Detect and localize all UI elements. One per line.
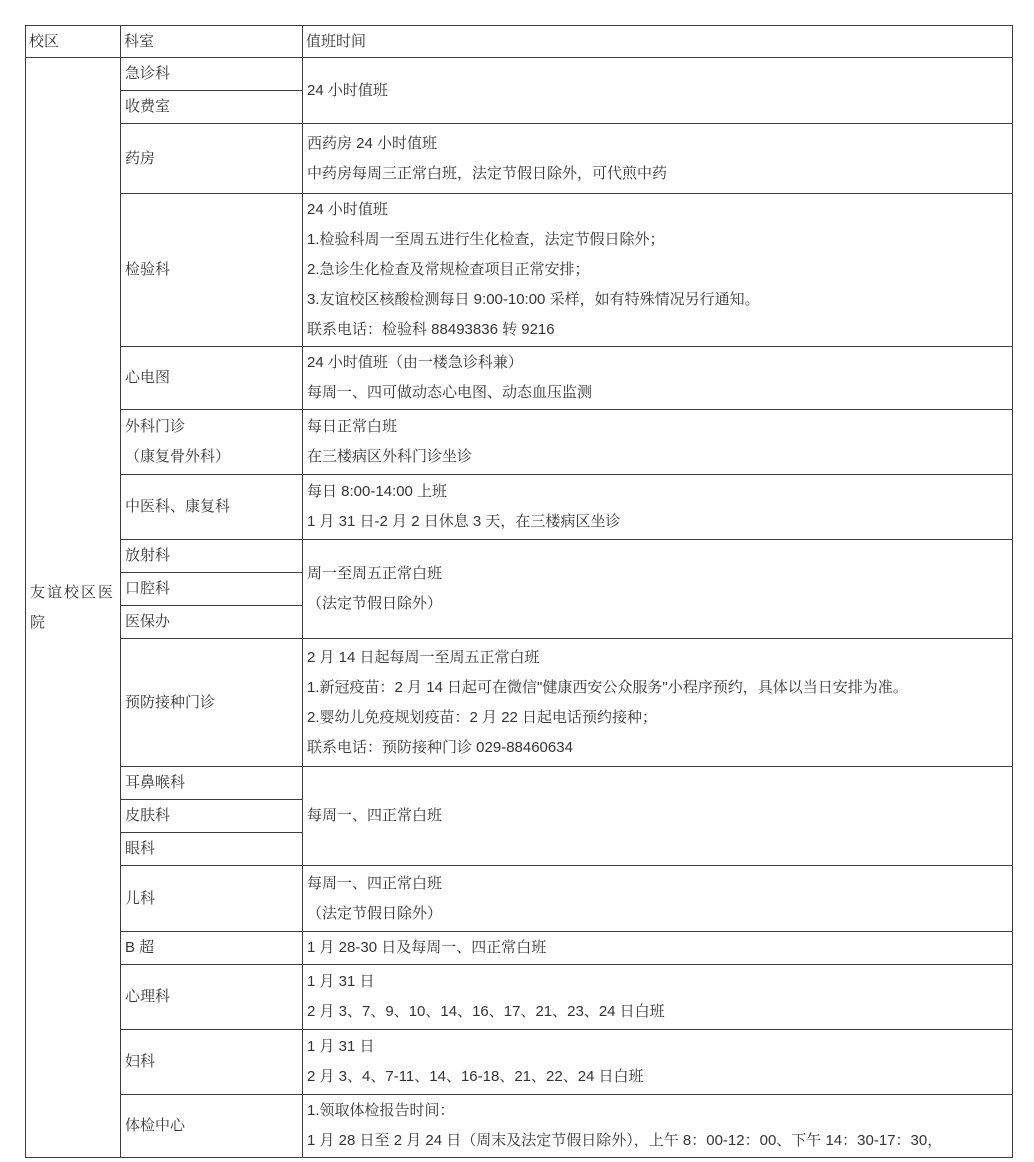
department-label: 急诊科: [125, 59, 298, 89]
duty-time-cell: 每日正常白班在三楼病区外科门诊坐诊: [303, 410, 1013, 475]
duty-time-line: 周一至周五正常白班: [307, 559, 1008, 589]
department-label: 药房: [125, 144, 298, 174]
duty-time-cell: 1 月 31 日2 月 3、4、7-11、14、16-18、21、22、24 日…: [303, 1030, 1013, 1095]
department-cell: 放射科: [121, 540, 303, 573]
table-row: 体检中心1.领取体检报告时间：1 月 28 日至 2 月 24 日（周末及法定节…: [26, 1095, 1013, 1158]
duty-time-line: 1.新冠疫苗：2 月 14 日起可在微信"健康西安公众服务"小程序预约，具体以当…: [307, 673, 1008, 703]
department-cell: 医保办: [121, 606, 303, 639]
department-label: B 超: [125, 933, 298, 963]
department-cell: 预防接种门诊: [121, 639, 303, 767]
department-label: 眼科: [125, 834, 298, 864]
duty-time-cell: 24 小时值班（由一楼急诊科兼）每周一、四可做动态心电图、动态血压监测: [303, 347, 1013, 410]
department-cell: 外科门诊（康复骨外科）: [121, 410, 303, 475]
table-row: 预防接种门诊2 月 14 日起每周一至周五正常白班1.新冠疫苗：2 月 14 日…: [26, 639, 1013, 767]
duty-time-line: 2 月 3、7、9、10、14、16、17、21、23、24 日白班: [307, 997, 1008, 1027]
table-row: B 超1 月 28-30 日及每周一、四正常白班: [26, 932, 1013, 965]
duty-time-cell: 每周一、四正常白班: [303, 767, 1013, 866]
table-row: 心理科1 月 31 日2 月 3、7、9、10、14、16、17、21、23、2…: [26, 965, 1013, 1030]
duty-time-cell: 1.领取体检报告时间：1 月 28 日至 2 月 24 日（周末及法定节假日除外…: [303, 1095, 1013, 1158]
department-label: 预防接种门诊: [125, 688, 298, 718]
header-department: 科室: [121, 26, 303, 58]
table-row: 儿科每周一、四正常白班（法定节假日除外）: [26, 866, 1013, 932]
department-cell: 皮肤科: [121, 800, 303, 833]
department-label: 体检中心: [125, 1111, 298, 1141]
department-label: 外科门诊: [125, 412, 298, 442]
duty-time-line: 中药房每周三正常白班，法定节假日除外，可代煎中药: [307, 159, 1008, 189]
duty-time-line: （法定节假日除外）: [307, 899, 1008, 929]
department-cell: 急诊科: [121, 58, 303, 91]
schedule-table-body: 友谊校区医院急诊科24 小时值班收费室药房西药房 24 小时值班中药房每周三正常…: [26, 58, 1013, 1158]
department-cell: 妇科: [121, 1030, 303, 1095]
department-label: 检验科: [125, 255, 298, 285]
department-label: 放射科: [125, 541, 298, 571]
duty-time-cell: 1 月 28-30 日及每周一、四正常白班: [303, 932, 1013, 965]
duty-time-line: 每日正常白班: [307, 412, 1008, 442]
duty-time-cell: 每日 8:00-14:00 上班1 月 31 日-2 月 2 日休息 3 天，在…: [303, 475, 1013, 540]
table-row: 友谊校区医院急诊科24 小时值班: [26, 58, 1013, 91]
header-campus: 校区: [26, 26, 121, 58]
table-row: 耳鼻喉科每周一、四正常白班: [26, 767, 1013, 800]
department-label: （康复骨外科）: [125, 442, 298, 472]
duty-time-line: 2 月 3、4、7-11、14、16-18、21、22、24 日白班: [307, 1062, 1008, 1092]
duty-time-line: 3.友谊校区核酸检测每日 9:00-10:00 采样，如有特殊情况另行通知。: [307, 285, 1008, 315]
duty-time-line: （法定节假日除外）: [307, 589, 1008, 619]
document-page: { "table": { "campus_label": "友谊校区医院", "…: [0, 0, 1034, 1162]
department-cell: B 超: [121, 932, 303, 965]
department-cell: 中医科、康复科: [121, 475, 303, 540]
duty-time-line: 2.急诊生化检查及常规检查项目正常安排；: [307, 255, 1008, 285]
department-cell: 耳鼻喉科: [121, 767, 303, 800]
campus-cell: 友谊校区医院: [26, 58, 121, 1158]
table-row: 妇科1 月 31 日2 月 3、4、7-11、14、16-18、21、22、24…: [26, 1030, 1013, 1095]
duty-schedule-table: 校区 科室 值班时间 友谊校区医院急诊科24 小时值班收费室药房西药房 24 小…: [25, 25, 1013, 1158]
department-cell: 口腔科: [121, 573, 303, 606]
department-label: 中医科、康复科: [125, 492, 298, 522]
duty-time-line: 在三楼病区外科门诊坐诊: [307, 442, 1008, 472]
department-label: 收费室: [125, 92, 298, 122]
department-label: 医保办: [125, 607, 298, 637]
duty-time-line: 2 月 14 日起每周一至周五正常白班: [307, 643, 1008, 673]
header-duty-time: 值班时间: [303, 26, 1013, 58]
department-cell: 收费室: [121, 91, 303, 124]
department-label: 心电图: [125, 363, 298, 393]
table-row: 检验科24 小时值班1.检验科周一至周五进行生化检查，法定节假日除外；2.急诊生…: [26, 194, 1013, 347]
department-cell: 心理科: [121, 965, 303, 1030]
duty-time-line: 1 月 31 日-2 月 2 日休息 3 天，在三楼病区坐诊: [307, 507, 1008, 537]
header-row: 校区 科室 值班时间: [26, 26, 1013, 58]
duty-time-line: 西药房 24 小时值班: [307, 129, 1008, 159]
duty-time-line: 联系电话：预防接种门诊 029-88460634: [307, 733, 1008, 763]
duty-time-line: 每周一、四可做动态心电图、动态血压监测: [307, 378, 1008, 408]
duty-time-line: 1 月 31 日: [307, 967, 1008, 997]
duty-time-cell: 西药房 24 小时值班中药房每周三正常白班，法定节假日除外，可代煎中药: [303, 124, 1013, 194]
duty-time-line: 每周一、四正常白班: [307, 801, 1008, 831]
department-cell: 药房: [121, 124, 303, 194]
schedule-table: 校区 科室 值班时间 友谊校区医院急诊科24 小时值班收费室药房西药房 24 小…: [25, 25, 1013, 1158]
duty-time-line: 2.婴幼儿免疫规划疫苗：2 月 22 日起电话预约接种；: [307, 703, 1008, 733]
duty-time-line: 24 小时值班（由一楼急诊科兼）: [307, 348, 1008, 378]
department-cell: 儿科: [121, 866, 303, 932]
duty-time-line: 24 小时值班: [307, 195, 1008, 225]
department-label: 心理科: [125, 982, 298, 1012]
department-label: 皮肤科: [125, 801, 298, 831]
duty-time-line: 1.领取体检报告时间：: [307, 1096, 1008, 1126]
duty-time-line: 联系电话：检验科 88493836 转 9216: [307, 315, 1008, 345]
duty-time-line: 24 小时值班: [307, 76, 1008, 106]
duty-time-cell: 1 月 31 日2 月 3、7、9、10、14、16、17、21、23、24 日…: [303, 965, 1013, 1030]
table-row: 心电图24 小时值班（由一楼急诊科兼）每周一、四可做动态心电图、动态血压监测: [26, 347, 1013, 410]
department-label: 妇科: [125, 1047, 298, 1077]
department-label: 儿科: [125, 884, 298, 914]
duty-time-line: 1 月 31 日: [307, 1032, 1008, 1062]
department-label: 耳鼻喉科: [125, 768, 298, 798]
duty-time-line: 每日 8:00-14:00 上班: [307, 477, 1008, 507]
table-row: 放射科周一至周五正常白班（法定节假日除外）: [26, 540, 1013, 573]
department-cell: 眼科: [121, 833, 303, 866]
duty-time-cell: 24 小时值班: [303, 58, 1013, 124]
department-cell: 心电图: [121, 347, 303, 410]
duty-time-cell: 每周一、四正常白班（法定节假日除外）: [303, 866, 1013, 932]
duty-time-cell: 24 小时值班1.检验科周一至周五进行生化检查，法定节假日除外；2.急诊生化检查…: [303, 194, 1013, 347]
table-row: 中医科、康复科每日 8:00-14:00 上班1 月 31 日-2 月 2 日休…: [26, 475, 1013, 540]
duty-time-line: 每周一、四正常白班: [307, 869, 1008, 899]
table-row: 外科门诊（康复骨外科）每日正常白班在三楼病区外科门诊坐诊: [26, 410, 1013, 475]
department-cell: 体检中心: [121, 1095, 303, 1158]
table-row: 药房西药房 24 小时值班中药房每周三正常白班，法定节假日除外，可代煎中药: [26, 124, 1013, 194]
duty-time-cell: 2 月 14 日起每周一至周五正常白班1.新冠疫苗：2 月 14 日起可在微信"…: [303, 639, 1013, 767]
duty-time-line: 1 月 28-30 日及每周一、四正常白班: [307, 933, 1008, 963]
duty-time-cell: 周一至周五正常白班（法定节假日除外）: [303, 540, 1013, 639]
department-cell: 检验科: [121, 194, 303, 347]
department-label: 口腔科: [125, 574, 298, 604]
duty-time-line: 1 月 28 日至 2 月 24 日（周末及法定节假日除外），上午 8：00-1…: [307, 1126, 1008, 1156]
duty-time-line: 1.检验科周一至周五进行生化检查，法定节假日除外；: [307, 225, 1008, 255]
